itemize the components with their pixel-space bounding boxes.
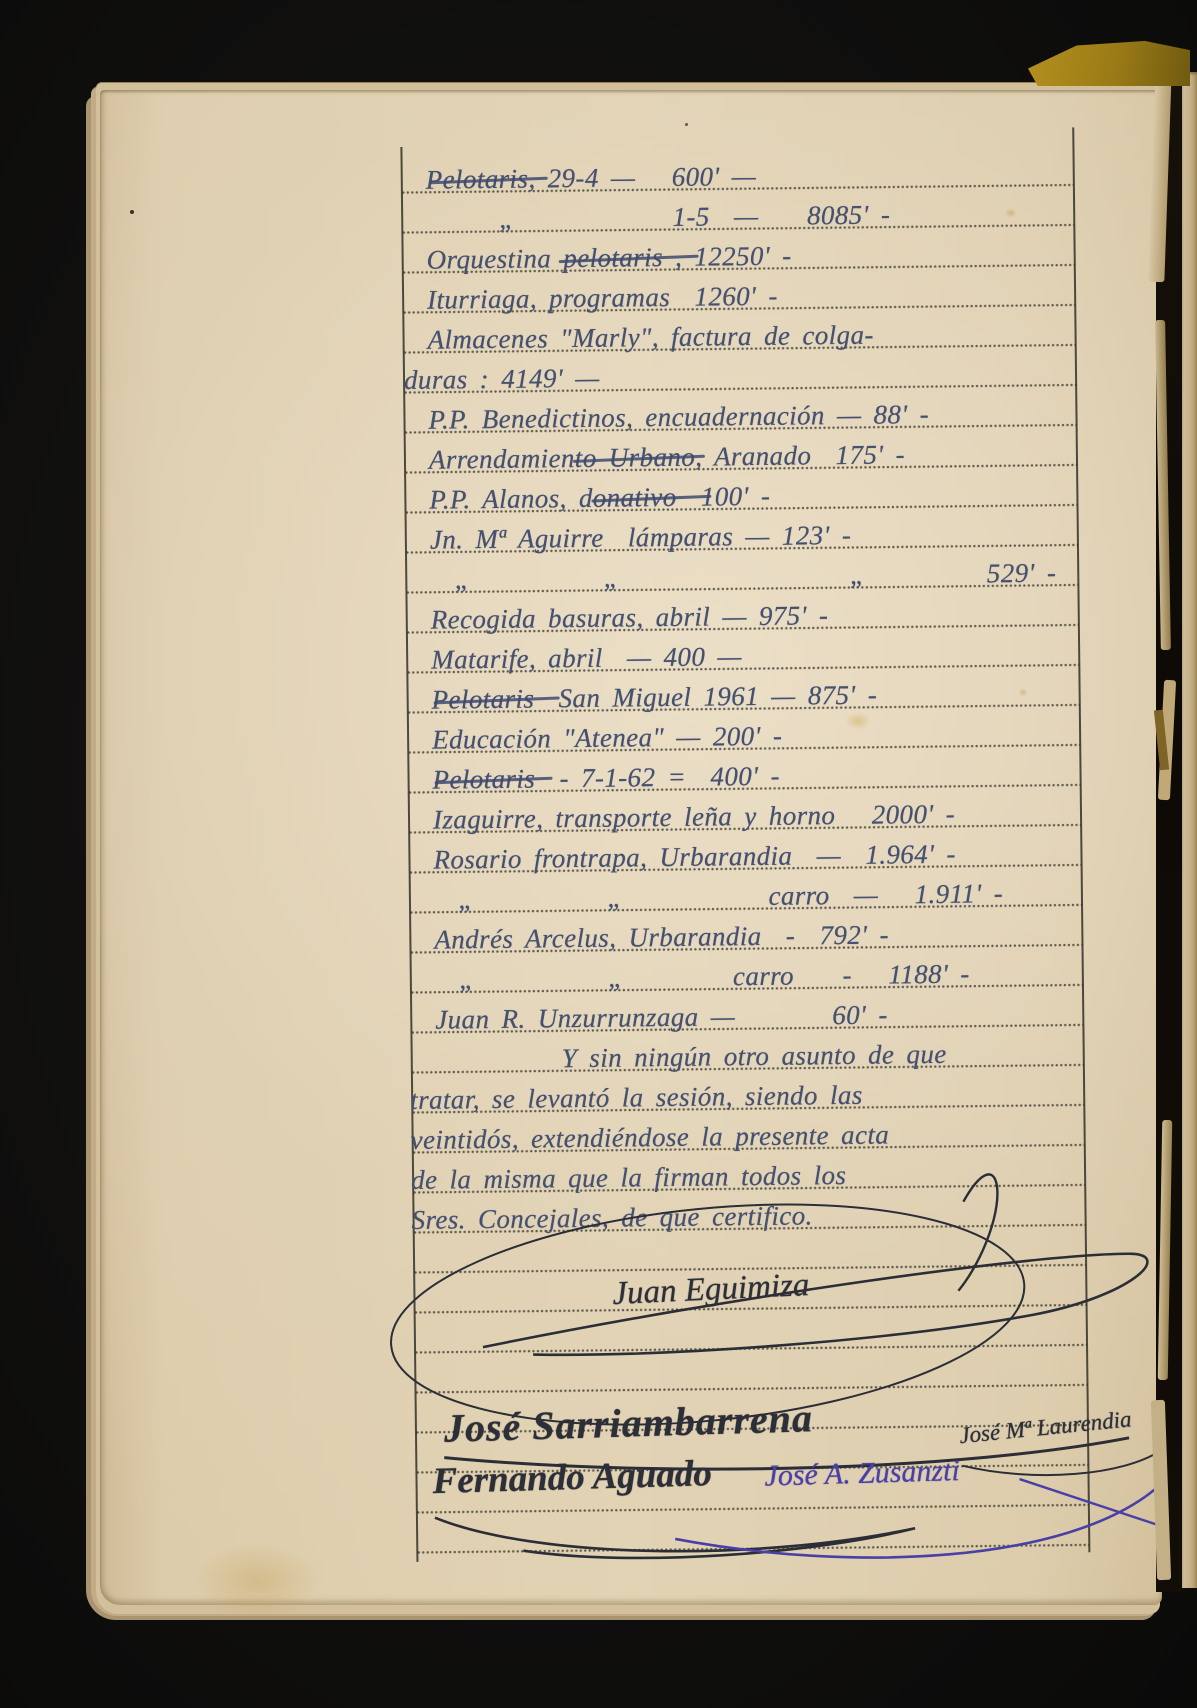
ledger-page: Pelotaris, 29-4 — 600' — „ 1-5 — 8085' -… <box>100 90 1162 1605</box>
binding-gutter-crack <box>1156 70 1184 1592</box>
torn-paper-shard <box>1158 1120 1173 1380</box>
signature-flourishes <box>99 81 1178 1608</box>
foxing-spot <box>1018 688 1028 697</box>
ink-speck <box>685 123 688 126</box>
flourish-spike <box>957 1174 998 1290</box>
flourish-underline <box>435 1512 915 1560</box>
flourish-underline <box>962 1449 1162 1476</box>
signature: José A. Zusanzti <box>764 1454 960 1494</box>
scanned-ledger-photo: Pelotaris, 29-4 — 600' — „ 1-5 — 8085' -… <box>0 0 1197 1708</box>
facing-page-edge <box>1182 72 1197 1588</box>
paper-stain <box>192 1542 322 1620</box>
ink-speck <box>130 210 134 214</box>
paper-stain <box>845 712 871 730</box>
torn-paper-shard <box>1155 320 1171 650</box>
spine-gold-edge <box>1028 40 1190 86</box>
flourish-swoosh <box>482 1254 1148 1356</box>
signature: Fernando Aguado <box>432 1452 712 1503</box>
foxing-spot <box>1005 208 1017 218</box>
ruled-area: Pelotaris, 29-4 — 600' — „ 1-5 — 8085' -… <box>99 81 1178 1608</box>
